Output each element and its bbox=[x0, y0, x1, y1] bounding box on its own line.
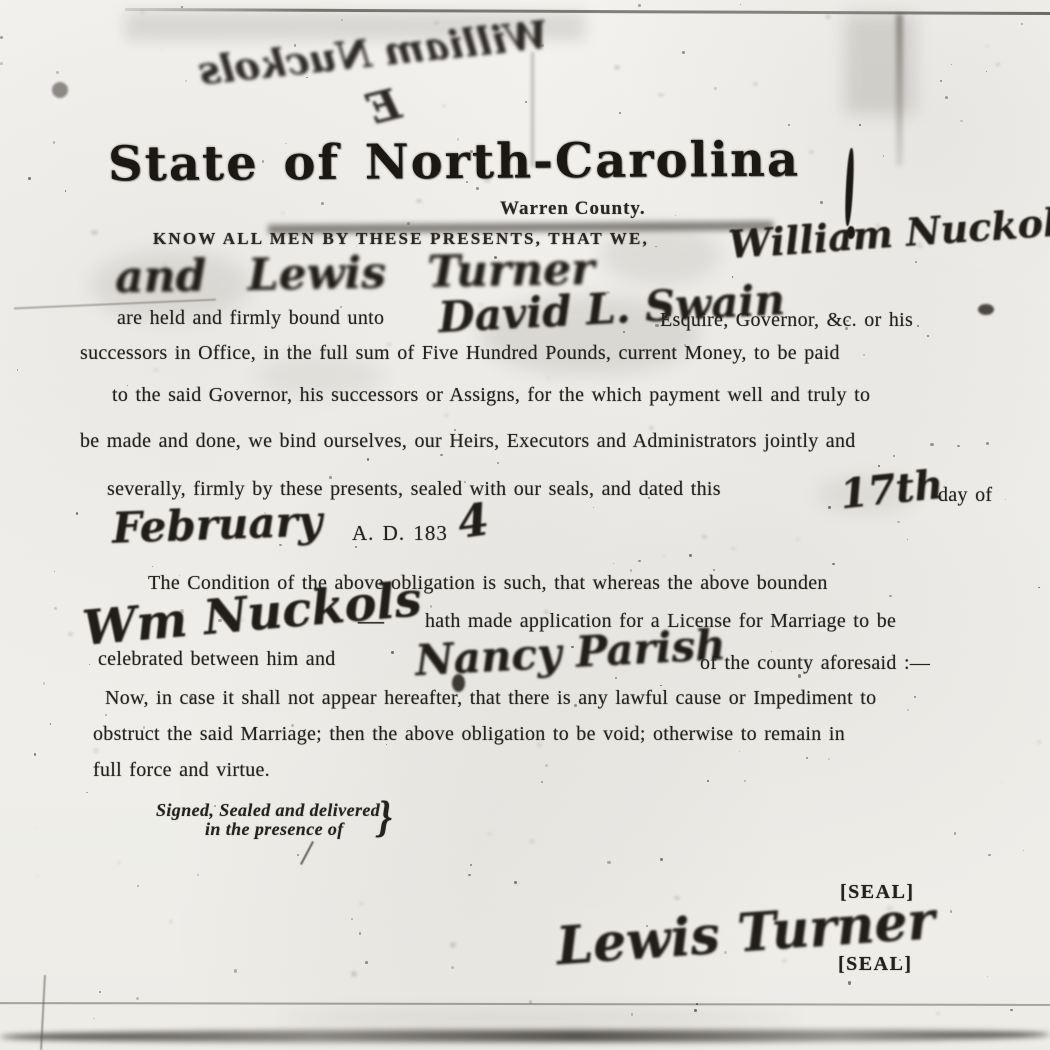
scan-speckle bbox=[99, 991, 101, 993]
scan-speckle bbox=[907, 709, 909, 711]
scan-speckle bbox=[86, 792, 87, 793]
scan-speckle bbox=[914, 696, 916, 698]
seal-label-2: [SEAL] bbox=[838, 953, 913, 976]
scan-speckle bbox=[1021, 23, 1023, 25]
scan-smudge bbox=[416, 199, 421, 203]
scan-speckle bbox=[828, 758, 830, 760]
scan-smudge bbox=[153, 368, 159, 373]
county-subtitle: Warren County. bbox=[500, 198, 646, 220]
document-page: William Nuckols E State of North-Carolin… bbox=[0, 0, 1050, 1050]
scan-speckle bbox=[53, 141, 56, 144]
scan-speckle bbox=[987, 976, 988, 977]
scan-speckle bbox=[65, 190, 67, 192]
scan-smudge bbox=[753, 82, 757, 86]
bond-line-esquire: Esquire, Governor, &c. or his bbox=[660, 309, 913, 332]
fold-line-bottom bbox=[0, 1002, 1050, 1006]
scan-speckle bbox=[714, 87, 717, 90]
scan-speckle bbox=[430, 605, 432, 607]
scan-smudge bbox=[1037, 740, 1041, 743]
scan-speckle bbox=[359, 932, 362, 935]
bond-line-day-of: day of bbox=[938, 484, 992, 507]
scan-smudge bbox=[91, 230, 97, 235]
scan-speckle bbox=[541, 781, 542, 782]
scan-smudge bbox=[68, 632, 73, 636]
scan-speckle bbox=[907, 539, 908, 540]
scan-smudge bbox=[663, 555, 666, 557]
scan-speckle bbox=[863, 354, 865, 356]
scan-smudge bbox=[825, 15, 831, 19]
scan-speckle bbox=[76, 512, 78, 514]
scan-smudge bbox=[614, 65, 619, 69]
scan-speckle bbox=[788, 124, 790, 126]
handwritten-year-digit: 4 bbox=[455, 494, 492, 549]
scan-speckle bbox=[470, 864, 472, 866]
scan-smudge bbox=[450, 942, 457, 947]
scan-speckle bbox=[514, 881, 517, 884]
scan-speckle bbox=[93, 1018, 94, 1019]
scan-speckle bbox=[0, 36, 3, 39]
scan-speckle bbox=[593, 507, 594, 508]
scan-speckle bbox=[152, 566, 153, 567]
scan-speckle bbox=[440, 454, 443, 457]
scan-speckle bbox=[1023, 850, 1024, 851]
scan-speckle bbox=[739, 751, 740, 752]
crease-vertical-right bbox=[896, 14, 903, 166]
scan-smudge bbox=[547, 377, 551, 380]
scan-speckle bbox=[889, 595, 891, 597]
scan-speckle bbox=[820, 201, 823, 204]
bond-line-bind: be made and done, we bind ourselves, our… bbox=[80, 430, 856, 453]
scan-speckle bbox=[779, 650, 780, 651]
scan-speckle bbox=[832, 563, 835, 566]
scan-speckle bbox=[806, 757, 809, 760]
attestation-line-1: Signed, Sealed and delivered bbox=[156, 800, 380, 821]
scan-speckle bbox=[713, 569, 715, 571]
attestation-brace: } bbox=[378, 791, 392, 843]
scan-speckle bbox=[0, 62, 3, 65]
scan-speckle bbox=[927, 335, 930, 338]
scan-speckle bbox=[893, 455, 895, 457]
scan-speckle bbox=[54, 607, 57, 610]
scan-speckle bbox=[321, 202, 324, 205]
scan-smudge bbox=[93, 748, 99, 753]
scan-speckle bbox=[951, 64, 952, 65]
scan-speckle bbox=[234, 969, 237, 972]
scan-smudge bbox=[796, 538, 800, 541]
scan-speckle bbox=[744, 780, 746, 782]
scan-speckle bbox=[451, 966, 454, 969]
scan-speckle bbox=[181, 6, 183, 8]
scan-speckle bbox=[740, 4, 741, 5]
scan-smudge bbox=[487, 832, 492, 836]
condition-line-6: obstruct the said Marriage; then the abo… bbox=[93, 723, 845, 746]
scan-speckle bbox=[619, 112, 621, 114]
scan-smudge bbox=[516, 883, 519, 885]
scan-speckle bbox=[897, 521, 900, 524]
handwritten-principal-name: William Nuckols bbox=[727, 198, 1050, 267]
scan-smudge bbox=[117, 861, 121, 864]
scan-smudge bbox=[529, 839, 535, 844]
bond-line-dated: severally, firmly by these presents, sea… bbox=[107, 478, 721, 501]
scan-speckle bbox=[185, 80, 187, 82]
scan-speckle bbox=[137, 885, 139, 887]
scan-speckle bbox=[54, 571, 55, 572]
scan-speckle bbox=[297, 854, 299, 856]
scan-speckle bbox=[34, 753, 37, 756]
dash-mark: — bbox=[358, 606, 384, 636]
scan-smudge bbox=[702, 535, 707, 539]
scan-speckle bbox=[675, 215, 677, 217]
scan-speckle bbox=[682, 51, 685, 54]
scan-speckle bbox=[986, 442, 989, 445]
scan-speckle bbox=[56, 71, 59, 74]
scan-smudge bbox=[351, 971, 358, 976]
scan-speckle bbox=[859, 124, 861, 126]
condition-line-4: of the county aforesaid :— bbox=[700, 652, 930, 675]
stain bbox=[280, 1010, 800, 1026]
scan-speckle bbox=[615, 677, 617, 679]
scan-speckle bbox=[954, 832, 957, 835]
smudge-band-top-right bbox=[845, 14, 915, 114]
scan-smudge bbox=[731, 547, 735, 550]
scan-speckle bbox=[545, 764, 548, 767]
scan-speckle bbox=[1010, 1009, 1012, 1011]
scan-speckle bbox=[883, 155, 885, 157]
scan-speckle bbox=[17, 369, 18, 370]
scan-smudge bbox=[658, 93, 664, 97]
scan-speckle bbox=[351, 918, 353, 920]
scan-speckle bbox=[50, 723, 51, 724]
scan-speckle bbox=[915, 261, 918, 264]
scan-smudge bbox=[444, 413, 449, 417]
scan-speckle bbox=[638, 560, 640, 562]
scan-speckle bbox=[986, 71, 987, 72]
ink-blot bbox=[978, 304, 994, 315]
scan-speckle bbox=[960, 120, 963, 123]
scan-speckle bbox=[365, 961, 368, 964]
condition-line-7: full force and virtue. bbox=[93, 759, 270, 782]
condition-line-5: Now, in case it shall not appear hereaft… bbox=[105, 687, 876, 710]
scan-speckle bbox=[848, 981, 851, 984]
scan-speckle bbox=[940, 80, 942, 82]
scan-speckle bbox=[525, 101, 527, 103]
scan-smudge bbox=[674, 896, 679, 900]
paper-bottom-edge bbox=[0, 1030, 1050, 1042]
scan-smudge bbox=[169, 920, 173, 923]
bleedthrough-flourish: E bbox=[363, 79, 406, 134]
bond-line-sum: successors in Office, in the full sum of… bbox=[80, 342, 840, 365]
scan-speckle bbox=[197, 874, 199, 876]
scan-smudge bbox=[936, 1012, 940, 1015]
scan-speckle bbox=[136, 997, 139, 1000]
scan-speckle bbox=[497, 462, 499, 464]
scan-speckle bbox=[105, 714, 107, 716]
scan-speckle bbox=[1005, 499, 1007, 501]
ink-blot bbox=[52, 82, 68, 98]
attestation-line-2: in the presence of bbox=[205, 819, 344, 840]
scan-smudge bbox=[442, 105, 446, 108]
printed-year: A. D. 183 bbox=[352, 521, 448, 546]
scan-speckle bbox=[638, 4, 641, 7]
scan-smudge bbox=[986, 45, 989, 47]
scan-speckle bbox=[607, 861, 610, 864]
handwritten-day: 17th bbox=[838, 461, 946, 519]
scan-speckle bbox=[957, 445, 959, 447]
condition-line-3: celebrated between him and bbox=[98, 648, 336, 671]
scan-speckle bbox=[988, 854, 990, 856]
document-title: State of North-Carolina bbox=[108, 132, 800, 193]
scan-speckle bbox=[28, 177, 30, 179]
scan-speckle bbox=[1038, 587, 1040, 589]
scan-smudge bbox=[36, 875, 39, 878]
handwritten-month: February bbox=[111, 496, 323, 552]
scan-speckle bbox=[945, 96, 948, 99]
scan-speckle bbox=[367, 458, 369, 460]
scan-smudge bbox=[35, 827, 38, 830]
scan-speckle bbox=[391, 651, 393, 653]
scan-speckle bbox=[707, 780, 709, 782]
scan-speckle bbox=[613, 563, 614, 564]
bond-line-bound-unto: are held and firmly bound unto bbox=[117, 307, 384, 330]
scan-speckle bbox=[660, 858, 663, 861]
bond-line-payment: to the said Governor, his successors or … bbox=[112, 384, 870, 407]
scan-smudge bbox=[1001, 781, 1004, 783]
scan-speckle bbox=[468, 874, 470, 876]
scan-speckle bbox=[930, 443, 933, 446]
scan-smudge bbox=[809, 150, 814, 154]
scan-speckle bbox=[689, 554, 692, 557]
scan-smudge bbox=[996, 63, 1000, 66]
scan-smudge bbox=[161, 49, 164, 51]
scan-speckle bbox=[917, 325, 919, 327]
scan-speckle bbox=[43, 682, 45, 684]
scan-speckle bbox=[950, 910, 953, 913]
pen-slash-mark bbox=[300, 841, 314, 865]
scan-speckle bbox=[89, 664, 90, 665]
scan-smudge bbox=[360, 902, 363, 905]
scan-smudge bbox=[281, 211, 285, 214]
scan-speckle bbox=[355, 546, 357, 548]
